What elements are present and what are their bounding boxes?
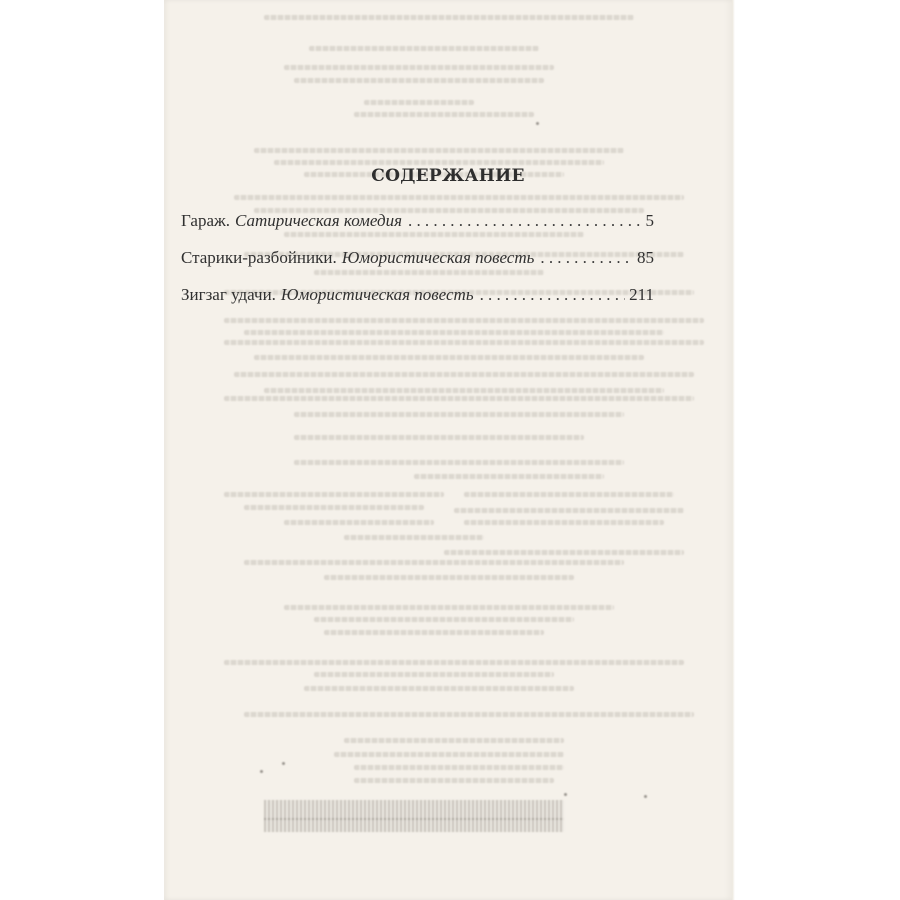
bleed-line — [354, 112, 534, 117]
dot-leader: ........................................… — [408, 210, 641, 232]
paper-speck — [644, 795, 647, 798]
paper-speck — [260, 770, 263, 773]
bleed-line — [354, 765, 564, 770]
reverse-side-bleed-through — [164, 0, 732, 900]
paper-speck — [564, 793, 567, 796]
bleed-line — [314, 672, 554, 677]
paper-speck — [536, 122, 539, 125]
toc-entry-genre: Юмористическая повесть — [342, 247, 535, 269]
bleed-line — [464, 520, 664, 525]
bleed-line — [244, 560, 624, 565]
table-of-contents: Гараж. Сатирическая комедия ............… — [181, 210, 654, 321]
bleed-line — [294, 435, 584, 440]
toc-entry-page: 5 — [646, 210, 655, 232]
bleed-line — [244, 505, 424, 510]
bleed-line — [294, 460, 624, 465]
bleed-line — [324, 630, 544, 635]
bleed-line — [244, 330, 664, 335]
bleed-line — [284, 520, 434, 525]
bleed-line — [234, 372, 694, 377]
toc-heading: СОДЕРЖАНИЕ — [164, 166, 732, 186]
bleed-line — [274, 160, 604, 165]
book-page: СОДЕРЖАНИЕ Гараж. Сатирическая комедия .… — [164, 0, 732, 900]
bleed-line — [294, 412, 624, 417]
bleed-line — [264, 388, 664, 393]
toc-entry-genre: Сатирическая комедия — [235, 210, 402, 232]
bleed-line — [284, 65, 554, 70]
toc-entry-title: Зигзаг удачи. — [181, 284, 276, 306]
bleed-line — [334, 752, 564, 757]
toc-entry-page: 211 — [629, 284, 654, 306]
bleed-line — [344, 738, 564, 743]
bleed-line — [344, 535, 484, 540]
bleed-line — [304, 686, 574, 691]
toc-entry[interactable]: Старики-разбойники. Юмористическая повес… — [181, 247, 654, 284]
paper-speck — [282, 762, 285, 765]
bleed-line — [224, 660, 684, 665]
toc-entry[interactable]: Гараж. Сатирическая комедия ............… — [181, 210, 654, 247]
bleed-line — [454, 508, 684, 513]
bleed-line — [224, 396, 694, 401]
bleed-line — [464, 492, 674, 497]
bleed-line — [444, 550, 684, 555]
bleed-barcode — [264, 800, 564, 820]
bleed-line — [244, 712, 694, 717]
bleed-line — [414, 474, 604, 479]
bleed-line — [314, 617, 574, 622]
dot-leader: ........................................… — [480, 284, 626, 306]
toc-entry[interactable]: Зигзаг удачи. Юмористическая повесть ...… — [181, 284, 654, 321]
toc-entry-title: Старики-разбойники. — [181, 247, 337, 269]
toc-entry-title: Гараж. — [181, 210, 230, 232]
dot-leader: ........................................… — [540, 247, 633, 269]
bleed-line — [324, 575, 574, 580]
bleed-line — [354, 778, 554, 783]
bleed-line — [224, 492, 444, 497]
toc-entry-page: 85 — [637, 247, 654, 269]
bleed-barcode — [264, 818, 564, 832]
bleed-line — [364, 100, 474, 105]
bleed-line — [254, 148, 624, 153]
page-edge — [732, 0, 735, 900]
bleed-line — [224, 340, 704, 345]
toc-entry-genre: Юмористическая повесть — [281, 284, 474, 306]
bleed-line — [234, 195, 684, 200]
bleed-line — [254, 355, 644, 360]
bleed-line — [294, 78, 544, 83]
bleed-line — [264, 15, 634, 20]
bleed-line — [284, 605, 614, 610]
bleed-line — [309, 46, 539, 51]
